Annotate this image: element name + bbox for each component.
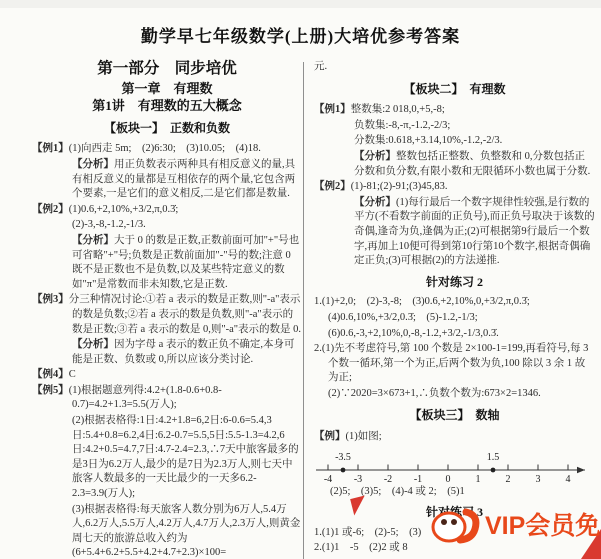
example-tag: 【例3】 — [32, 294, 69, 305]
practice-item: 2.(1)先不考虑符号,第 100 个数是 2×100-1=199,再看符号,每… — [328, 342, 595, 386]
tick-label: 4 — [566, 474, 571, 485]
part-heading: 第一部分 同步培优 — [32, 62, 302, 77]
analysis-tag: 【分析】 — [72, 339, 114, 350]
answer-paragraph: 【例2】(1)-81;(2)-91;(3)45,83. — [354, 180, 595, 195]
answer-text: C — [69, 369, 76, 380]
answer-paragraph: 【例5】(1)根据题意列得:4.2+(1.8-0.6+0.8-0.7)=4.2+… — [72, 384, 302, 413]
tick-label: -3 — [354, 474, 362, 485]
example-tag: 【例2】 — [314, 181, 351, 192]
tick-label: 2 — [506, 474, 511, 485]
plotted-point — [341, 467, 346, 472]
item-number: 2. — [314, 343, 322, 354]
answer-paragraph: 【例3】分三种情况讨论:①若 a 表示的数是正数,则"-a"表示的数是负数;②若… — [72, 293, 302, 337]
plotted-point — [491, 467, 496, 472]
point-label: 1.5 — [487, 452, 500, 463]
answer-paragraph: 【例】(1)如图; — [354, 430, 595, 445]
answer-continuation: 分数集:0.618,+3.14,10%,-1.2,-2/3. — [354, 134, 595, 149]
answer-text: (1)如图; — [346, 431, 382, 442]
item-text: (1)1 或-6; (2)-5; (3) — [322, 527, 421, 538]
example-tag: 【例5】 — [32, 385, 69, 396]
answer-text: (1)0.6,+2,10%,+3/2,π,0.3̇; — [69, 204, 179, 215]
point-label: -3.5 — [335, 452, 351, 463]
item-text: (6)0.6,-3,+2,10%,0,-8,-1.2,+3/2,-1/3,0.3… — [328, 328, 499, 339]
answer-continuation: (2)-3,-8,-1.2,-1/3. — [72, 218, 302, 233]
answer-paragraph: 【例4】C — [72, 368, 302, 383]
example-tag: 【例4】 — [32, 369, 69, 380]
practice-item: 1.(1)+2,0; (2)-3,-8; (3)0.6,+2,10%,0,+3/… — [328, 295, 595, 310]
tick-label: 1 — [476, 474, 481, 485]
item-text: (4)0.6,10%,+3/2,0.3̇; (5)-1.2,-1/3; — [328, 312, 478, 323]
analysis-paragraph: 【分析】大于 0 的数是正数,正数前面可加"+"号也可省略"+"号;负数是正数前… — [72, 234, 302, 292]
answer-text: 分三种情况讨论:①若 a 表示的数是正数,则"-a"表示的数是负数;②若 a 表… — [69, 294, 301, 334]
practice-subitem: (2)∵2020=3×673+1,∴负数个数为:673×2=1346. — [328, 387, 595, 402]
answer-text: 整数集:2 018,0,+5,-8; — [351, 104, 445, 115]
page-title: 勤学早七年级数学(上册)大培优参考答案 — [0, 22, 601, 47]
answer-paragraph: 【例1】整数集:2 018,0,+5,-8; — [354, 103, 595, 118]
right-column: 元. 【板块二】 有理数 【例1】整数集:2 018,0,+5,-8; 负数集:… — [314, 60, 595, 557]
answer-text: (1)向西走 5m; (2)6:30; (3)10.05; (4)18. — [69, 143, 261, 154]
answer-text: 分数集:0.618,+3.14,10%,-1.2,-2/3. — [354, 135, 502, 146]
block1-heading: 【板块一】 正数和负数 — [32, 121, 302, 136]
tick-label: 0 — [446, 474, 451, 485]
item-number: 2. — [314, 542, 322, 553]
answer-text: (3)根据表格得:每天旅客人数分别为6万人,5.4万人,6.2万人,5.5万人,… — [72, 504, 300, 559]
vip-download-watermark[interactable]: VIP会员免费下载 — [430, 502, 601, 546]
answer-continuation: (3)根据表格得:每天旅客人数分别为6万人,5.4万人,6.2万人,5.5万人,… — [72, 503, 302, 559]
analysis-paragraph: 【分析】整数包括正整数、负整数和 0,分数包括正分数和负分数,有限小数和无限循环… — [354, 150, 595, 179]
answer-text: (2)根据表格得:1日:4.2+1.8=6,2日:6-0.6=5.4,3日:5.… — [72, 415, 299, 499]
item-number: 1. — [314, 527, 322, 538]
answer-text: (2)-3,-8,-1.2,-1/3. — [72, 219, 146, 230]
tick-label: -1 — [414, 474, 422, 485]
answer-continuation: 负数集:-8,-π,-1.2,-2/3; — [354, 119, 595, 134]
tick-label: -2 — [384, 474, 392, 485]
document-page: 勤学早七年级数学(上册)大培优参考答案 第一部分 同步培优 第一章 有理数 第1… — [0, 0, 601, 559]
example-tag: 【例1】 — [314, 104, 351, 115]
item-text: (2)∵2020=3×673+1,∴负数个数为:673×2=1346. — [328, 388, 541, 399]
item-text: (1)1 -5 (2)2 或 8 — [322, 542, 408, 553]
analysis-tag: 【分析】 — [72, 159, 114, 170]
analysis-tag: 【分析】 — [72, 235, 114, 246]
tick-label: -4 — [324, 474, 332, 485]
answer-paragraph: 【例2】(1)0.6,+2,10%,+3/2,π,0.3̇; — [72, 203, 302, 218]
practice2-heading: 针对练习 2 — [314, 275, 595, 290]
block2-heading: 【板块二】 有理数 — [314, 82, 595, 97]
vip-logo-icon — [430, 502, 482, 546]
vip-watermark-text: VIP会员免费下载 — [485, 506, 601, 542]
analysis-paragraph: 【分析】用正负数表示两种具有相反意义的量,具有相反意义的量都是互相依存的两个量,… — [72, 158, 302, 202]
numberline-answers: (2)5; (3)5; (4)-4 或 2; (5)1 — [330, 485, 595, 500]
chapter-heading: 第一章 有理数 — [32, 82, 302, 97]
example-tag: 【例】 — [314, 431, 346, 442]
analysis-tag: 【分析】 — [354, 197, 396, 208]
example-tag: 【例2】 — [32, 204, 69, 215]
item-text: (1)先不考虑符号,第 100 个数是 2×100-1=199,再看符号,每 3… — [322, 343, 588, 383]
answer-text: (1)根据题意列得:4.2+(1.8-0.6+0.8-0.7)=4.2+1.3=… — [69, 385, 222, 411]
item-number: 1. — [314, 296, 322, 307]
answer-paragraph: 【例1】(1)向西走 5m; (2)6:30; (3)10.05; (4)18. — [72, 142, 302, 157]
answer-text: (1)-81;(2)-91;(3)45,83. — [351, 181, 448, 192]
axis-arrow-icon — [577, 466, 585, 472]
example-tag: 【例1】 — [32, 143, 69, 154]
column-divider — [303, 62, 304, 559]
tick-label: 3 — [536, 474, 541, 485]
analysis-paragraph: 【分析】(1)每行最后一个数字规律性较强,是行数的平方(不看数字前面的正负号),… — [354, 196, 595, 269]
carryover-text: 元. — [314, 60, 595, 75]
lecture-heading: 第1讲 有理数的五大概念 — [32, 99, 302, 114]
block3-heading: 【板块三】 数轴 — [314, 408, 595, 423]
answer-continuation: (2)根据表格得:1日:4.2+1.8=6,2日:6-0.6=5.4,3日:5.… — [72, 414, 302, 502]
analysis-tag: 【分析】 — [354, 151, 396, 162]
practice-subitem: (4)0.6,10%,+3/2,0.3̇; (5)-1.2,-1/3; — [328, 311, 595, 326]
analysis-paragraph: 【分析】因为字母 a 表示的数正负不确定,本身可能是正数、负数或 0,所以应该分… — [72, 338, 302, 367]
item-text: (1)+2,0; (2)-3,-8; (3)0.6,+2,10%,0,+3/2,… — [322, 296, 530, 307]
answer-text: 负数集:-8,-π,-1.2,-2/3; — [354, 120, 450, 131]
left-column: 第一部分 同步培优 第一章 有理数 第1讲 有理数的五大概念 【板块一】 正数和… — [32, 60, 302, 559]
practice-subitem: (6)0.6,-3,+2,10%,0,-8,-1.2,+3/2,-1/3,0.3… — [328, 327, 595, 342]
